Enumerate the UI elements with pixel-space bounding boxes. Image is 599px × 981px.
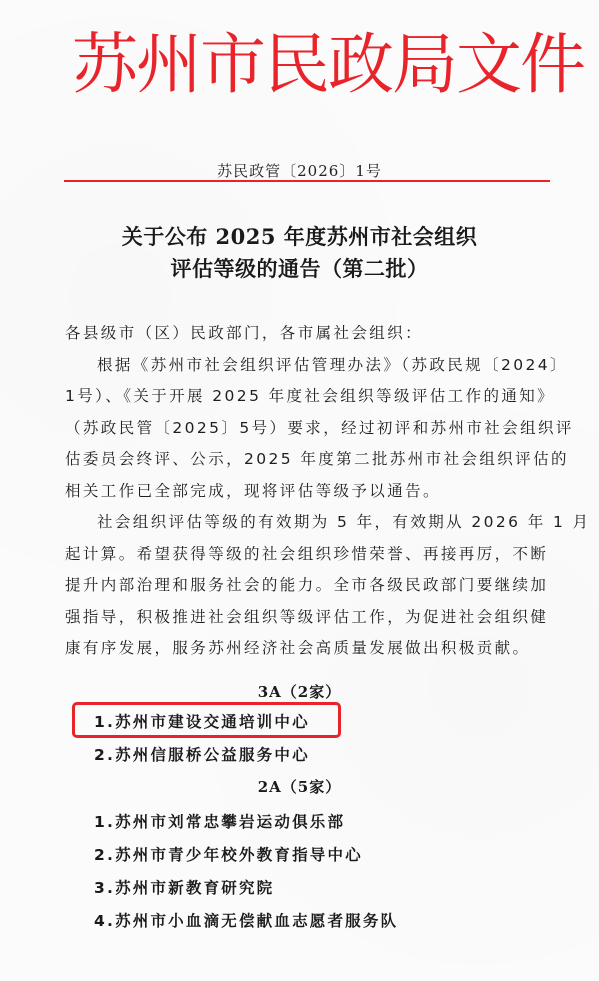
paragraph-2-line: 康有序发展，服务苏州经济社会高质量发展做出积极贡献。 — [65, 633, 549, 665]
notice-title-line-1: 关于公布 2025 年度苏州市社会组织 — [0, 221, 599, 251]
masthead-char: 民 — [264, 20, 328, 110]
masthead-title: 苏 州 市 民 政 局 文 件 — [72, 20, 540, 110]
document-number: 苏民政管〔2026〕1号 — [0, 160, 599, 181]
org-list-item: 2.苏州市青少年校外教育指导中心 — [94, 843, 363, 865]
grade-heading-2a: 2A（5家） — [0, 776, 599, 797]
paragraph-2-line: 起计算。希望获得等级的社会组织珍惜荣誉、再接再厉，不断 — [65, 539, 549, 571]
paragraph-2-line: 提升内部治理和服务社会的能力。全市各级民政部门要继续加 — [65, 570, 549, 602]
grade-heading-3a: 3A（2家） — [0, 681, 599, 702]
paragraph-1-line: 相关工作已全部完成，现将评估等级予以通告。 — [65, 476, 549, 508]
paragraph-1-line: 1号）、《关于开展 2025 年度社会组织等级评估工作的通知》 — [65, 381, 549, 413]
paragraph-1-line: （苏政民管〔2025〕5号）要求，经过初评和苏州市社会组织评 — [65, 413, 549, 445]
notice-title-line-2: 评估等级的通告（第二批） — [0, 253, 599, 283]
highlight-annotation-box — [72, 702, 341, 738]
masthead-char: 件 — [520, 20, 584, 110]
masthead-char: 苏 — [72, 20, 136, 110]
salutation: 各县级市（区）民政部门，各市属社会组织： — [65, 318, 549, 350]
document-page: 苏 州 市 民 政 局 文 件 苏民政管〔2026〕1号 关于公布 2025 年… — [0, 0, 599, 981]
org-list-item: 4.苏州市小血滴无偿献血志愿者服务队 — [94, 909, 398, 931]
masthead-char: 政 — [328, 20, 392, 110]
paragraph-1-line: 根据《苏州市社会组织评估管理办法》（苏政民规〔2024〕 — [65, 350, 549, 382]
org-list-item: 3.苏州市新教育研究院 — [94, 876, 274, 898]
paragraph-2-line: 强指导，积极推进社会组织等级评估工作，为促进社会组织健 — [65, 602, 549, 634]
red-divider-rule — [64, 180, 550, 182]
paragraph-2-line: 社会组织评估等级的有效期为 5 年，有效期从 2026 年 1 月 — [65, 507, 549, 539]
masthead-char: 局 — [392, 20, 456, 110]
org-list-item: 2.苏州信服桥公益服务中心 — [94, 743, 310, 765]
notice-body: 各县级市（区）民政部门，各市属社会组织： 根据《苏州市社会组织评估管理办法》（苏… — [65, 318, 549, 665]
masthead-char: 文 — [456, 20, 520, 110]
masthead-char: 市 — [200, 20, 264, 110]
paragraph-1-line: 估委员会终评、公示，2025 年度第二批苏州市社会组织评估的 — [65, 444, 549, 476]
masthead-char: 州 — [136, 20, 200, 110]
org-list-item: 1.苏州市刘常忠攀岩运动俱乐部 — [94, 810, 345, 832]
